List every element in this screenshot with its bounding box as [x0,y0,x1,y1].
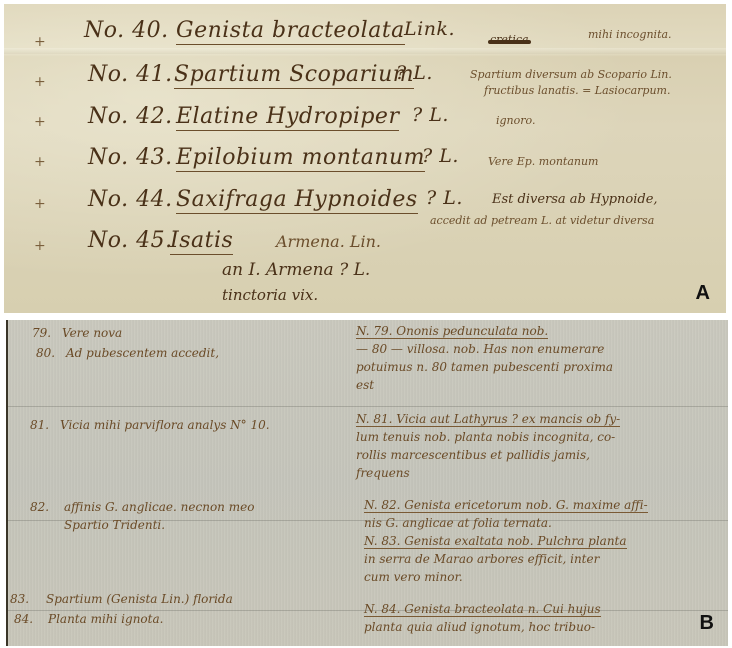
left-entry-text: Vere nova [62,326,122,340]
annotation-continued: tinctoria vix. [222,286,318,304]
species-name: Epilobium montanum [176,145,425,172]
right-line: N. 82. Genista ericetorum nob. G. maxime… [364,498,648,513]
left-entry-text: Vicia mihi parviflora analys N° 10. [60,418,270,432]
plus-mark: + [34,114,46,130]
authority: ? L. [396,62,433,84]
annotation: an I. Armena ? L. [222,260,370,280]
left-entry-text: Spartium (Genista Lin.) florida [46,592,233,606]
plus-mark: + [34,238,46,254]
entry-number: No. 44. [88,187,173,212]
authority: ? L. [412,104,449,126]
entry-number: No. 43. [88,145,173,170]
species-name: Elatine Hydropiper [176,104,399,131]
right-line: N. 84. Genista bracteolata n. Cui hujus [364,602,601,617]
panel-a-manuscript: + No. 40. Genista bracteolata Link. cret… [4,4,726,313]
annotation: Spartium diversum ab Scopario Lin. [470,68,672,81]
left-entry-number: 82. [30,500,49,514]
left-entry-text: affinis G. anglicae. necnon meo [64,500,254,514]
authority: Link. [404,18,455,40]
left-entry-number: 80. [36,346,55,360]
left-entry-number: 84. [14,612,33,626]
left-entry-text: Ad pubescentem accedit, [66,346,219,360]
plus-mark: + [34,74,46,90]
panel-label-a: A [696,282,710,305]
right-line: — 80 — villosa. nob. Has non enumerare [356,342,604,356]
left-entry-text: Planta mihi ignota. [48,612,163,626]
entry-number: No. 45. [88,228,173,253]
plus-mark: + [34,196,46,212]
authority: ? L. [426,187,463,209]
struck-text: cretica [490,33,529,46]
annotation-continued: accedit ad petream L. at videtur diversa [430,214,654,227]
right-line: N. 79. Ononis pedunculata nob. [356,324,548,339]
annotation: Est diversa ab Hypnoide, [492,192,658,207]
left-entry-number: 79. [32,326,51,340]
annotation-continued: fructibus lanatis. = Lasiocarpum. [484,84,670,97]
right-line: N. 81. Vicia aut Lathyrus ? ex mancis ob… [356,412,620,427]
left-entry-number: 83. [10,592,29,606]
right-line: N. 83. Genista exaltata nob. Pulchra pla… [364,534,627,549]
annotation: mihi incognita. [588,28,672,41]
plus-mark: + [34,34,46,50]
plus-mark: + [34,154,46,170]
right-line: est [356,378,374,392]
species-name: Isatis [170,228,233,255]
left-entry-text-continued: Spartio Tridenti. [64,518,165,532]
left-entry-number: 81. [30,418,49,432]
right-line: potuimus n. 80 tamen pubescenti proxima [356,360,613,374]
entry-number: No. 41. [88,62,173,87]
panel-b-manuscript: 79. Vere nova 80. Ad pubescentem accedit… [6,320,728,646]
annotation: ignoro. [496,114,535,127]
right-line: planta quia aliud ignotum, hoc tribuo- [364,620,595,634]
authority: Armena. Lin. [276,232,381,251]
right-line: in serra de Marao arbores efficit, inter [364,552,599,566]
species-name: Spartium Scoparium [174,62,414,89]
species-name: Genista bracteolata [176,18,405,45]
entry-number: No. 40. [84,18,169,43]
entry-number: No. 42. [88,104,173,129]
authority: ? L. [422,145,459,167]
right-line: frequens [356,466,410,480]
species-name: Saxifraga Hypnoides [176,187,418,214]
right-line: cum vero minor. [364,570,463,584]
ruled-line [8,406,728,407]
right-line: lum tenuis nob. planta nobis incognita, … [356,430,615,444]
panel-label-b: B [700,612,714,635]
annotation: Vere Ep. montanum [488,155,599,168]
right-line: nis G. anglicae at folia ternata. [364,516,552,530]
right-line: rollis marcescentibus et pallidis jamis, [356,448,590,462]
